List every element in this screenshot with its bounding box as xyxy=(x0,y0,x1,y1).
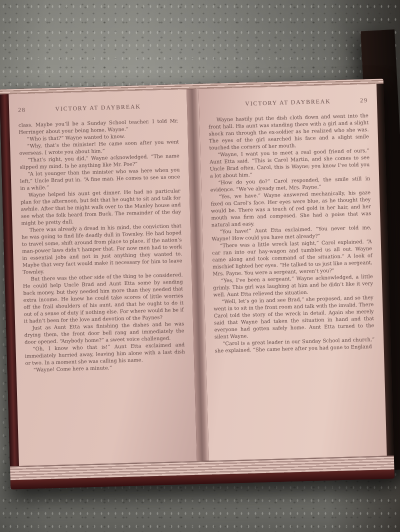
page-text-left: class. Maybe you’ll be a Sunday School t… xyxy=(18,118,185,374)
paragraph: “Wayne, I want you to meet a real good f… xyxy=(209,148,370,180)
page-number-right: 29 xyxy=(344,97,368,106)
book-page-right: VICTORY AT DAYBREAK 29 Wayne hastily put… xyxy=(199,84,387,461)
running-head-right: VICTORY AT DAYBREAK xyxy=(232,98,344,109)
paragraph: There was already a dread in his mind, t… xyxy=(21,223,182,276)
book-pages: 28 VICTORY AT DAYBREAK class. Maybe you’… xyxy=(0,84,394,467)
paragraph: “Yes, we have.” Wayne answered mechanica… xyxy=(211,190,372,229)
page-header-left: 28 VICTORY AT DAYBREAK xyxy=(18,102,178,114)
paragraph: “There was a little wreck last night,” C… xyxy=(212,239,373,278)
page-header-right: VICTORY AT DAYBREAK 29 xyxy=(208,97,368,109)
paragraph: Wayne helped his aunt get dinner. He had… xyxy=(20,188,181,227)
header-spacer xyxy=(208,106,232,107)
book-page-left: 28 VICTORY AT DAYBREAK class. Maybe you’… xyxy=(9,89,197,466)
concrete-surface: 28 VICTORY AT DAYBREAK class. Maybe you’… xyxy=(0,0,400,532)
header-spacer xyxy=(154,107,178,108)
page-number-left: 28 xyxy=(18,106,42,115)
open-book: 28 VICTORY AT DAYBREAK class. Maybe you’… xyxy=(0,79,395,490)
paragraph: Wayne hastily put the dish cloth down an… xyxy=(208,113,369,152)
paragraph: But there was the other side of the thin… xyxy=(23,272,184,325)
page-text-right: Wayne hastily put the dish cloth down an… xyxy=(208,113,375,355)
paragraph: “Well, let’s go in and see Brad,” she pr… xyxy=(213,295,374,341)
running-head-left: VICTORY AT DAYBREAK xyxy=(42,103,154,114)
